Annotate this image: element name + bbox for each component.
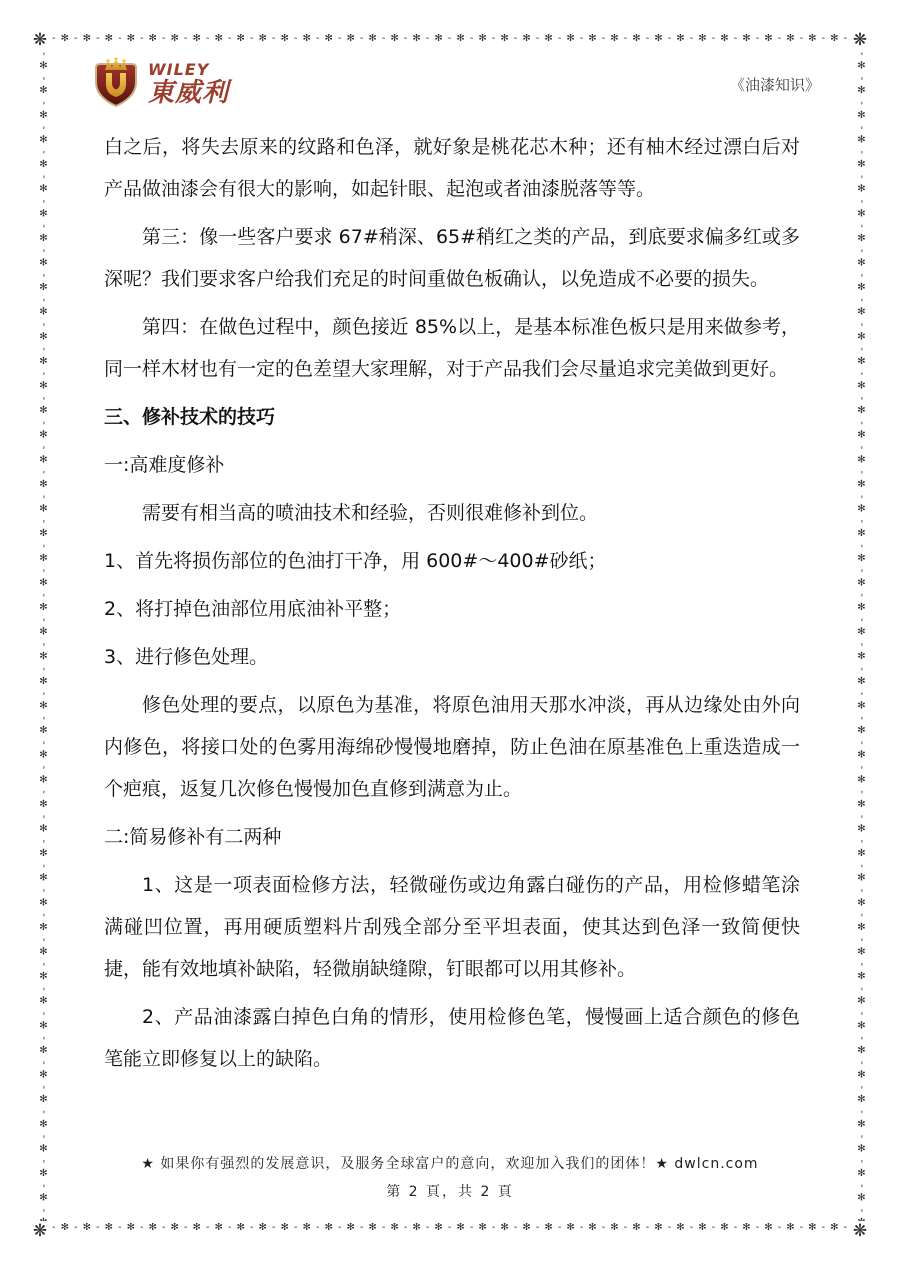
brand-name-en: WILEY bbox=[148, 62, 229, 78]
page-footer: ★ 如果你有强烈的发展意识，及服务全球富户的意向，欢迎加入我们的团体！★ dwl… bbox=[100, 1153, 800, 1201]
document-title: 《油漆知识》 bbox=[730, 74, 820, 95]
paragraph: 1、首先将损伤部位的色油打干净，用 600#～400#砂纸； bbox=[104, 540, 800, 582]
footer-recruit-line: ★ 如果你有强烈的发展意识，及服务全球富户的意向，欢迎加入我们的团体！★ dwl… bbox=[100, 1153, 800, 1173]
document-page: -✻-✻-✻-✻-✻-✻-✻-✻-✻-✻-✻-✻-✻-✻-✻-✻-✻-✻-✻-✻… bbox=[0, 0, 900, 1273]
paragraph: 第三：像一些客户要求 67#稍深、65#稍红之类的产品，到底要求偏多红或多深呢？… bbox=[104, 216, 800, 300]
border-corner-icon: ❋ bbox=[849, 1220, 871, 1242]
paragraph: 1、这是一项表面检修方法，轻微碰伤或边角露白碰伤的产品，用检修蜡笔涂满碰凹位置，… bbox=[104, 864, 800, 990]
document-body: 白之后，将失去原来的纹路和色泽，就好象是桃花芯木种；还有柚木经过漂白后对产品做油… bbox=[104, 126, 800, 1086]
paragraph: 二:简易修补有二两种 bbox=[104, 816, 800, 858]
page-border-left: -✻-✻-✻-✻-✻-✻-✻-✻-✻-✻-✻-✻-✻-✻-✻-✻-✻-✻-✻-✻… bbox=[34, 52, 48, 1221]
paragraph: 2、将打掉色油部位用底油补平整； bbox=[104, 588, 800, 630]
border-corner-icon: ❋ bbox=[29, 29, 51, 51]
page-border-top: -✻-✻-✻-✻-✻-✻-✻-✻-✻-✻-✻-✻-✻-✻-✻-✻-✻-✻-✻-✻… bbox=[52, 34, 848, 48]
page-header: WILEY 東威利 《油漆知识》 bbox=[92, 56, 820, 112]
paragraph: 一:高难度修补 bbox=[104, 444, 800, 486]
section-heading: 三、修补技术的技巧 bbox=[104, 396, 800, 438]
paragraph: 需要有相当高的喷油技术和经验，否则很难修补到位。 bbox=[104, 492, 800, 534]
border-corner-icon: ❋ bbox=[29, 1220, 51, 1242]
page-border-right: -✻-✻-✻-✻-✻-✻-✻-✻-✻-✻-✻-✻-✻-✻-✻-✻-✻-✻-✻-✻… bbox=[852, 52, 866, 1221]
paragraph: 第四：在做色过程中，颜色接近 85%以上，是基本标准色板只是用来做参考，同一样木… bbox=[104, 306, 800, 390]
brand-name-cn: 東威利 bbox=[148, 80, 229, 106]
border-corner-icon: ❋ bbox=[849, 29, 871, 51]
shield-crown-icon bbox=[92, 56, 140, 112]
company-logo: WILEY 東威利 bbox=[92, 56, 229, 112]
paragraph: 白之后，将失去原来的纹路和色泽，就好象是桃花芯木种；还有柚木经过漂白后对产品做油… bbox=[104, 126, 800, 210]
paragraph: 修色处理的要点，以原色为基准，将原色油用天那水冲淡，再从边缘处由外向内修色，将接… bbox=[104, 684, 800, 810]
page-border-bottom: -✻-✻-✻-✻-✻-✻-✻-✻-✻-✻-✻-✻-✻-✻-✻-✻-✻-✻-✻-✻… bbox=[52, 1223, 848, 1237]
logo-text: WILEY 東威利 bbox=[148, 62, 229, 106]
paragraph: 3、进行修色处理。 bbox=[104, 636, 800, 678]
page-number: 第 2 頁，共 2 頁 bbox=[100, 1181, 800, 1201]
paragraph: 2、产品油漆露白掉色白角的情形，使用检修色笔，慢慢画上适合颜色的修色笔能立即修复… bbox=[104, 996, 800, 1080]
